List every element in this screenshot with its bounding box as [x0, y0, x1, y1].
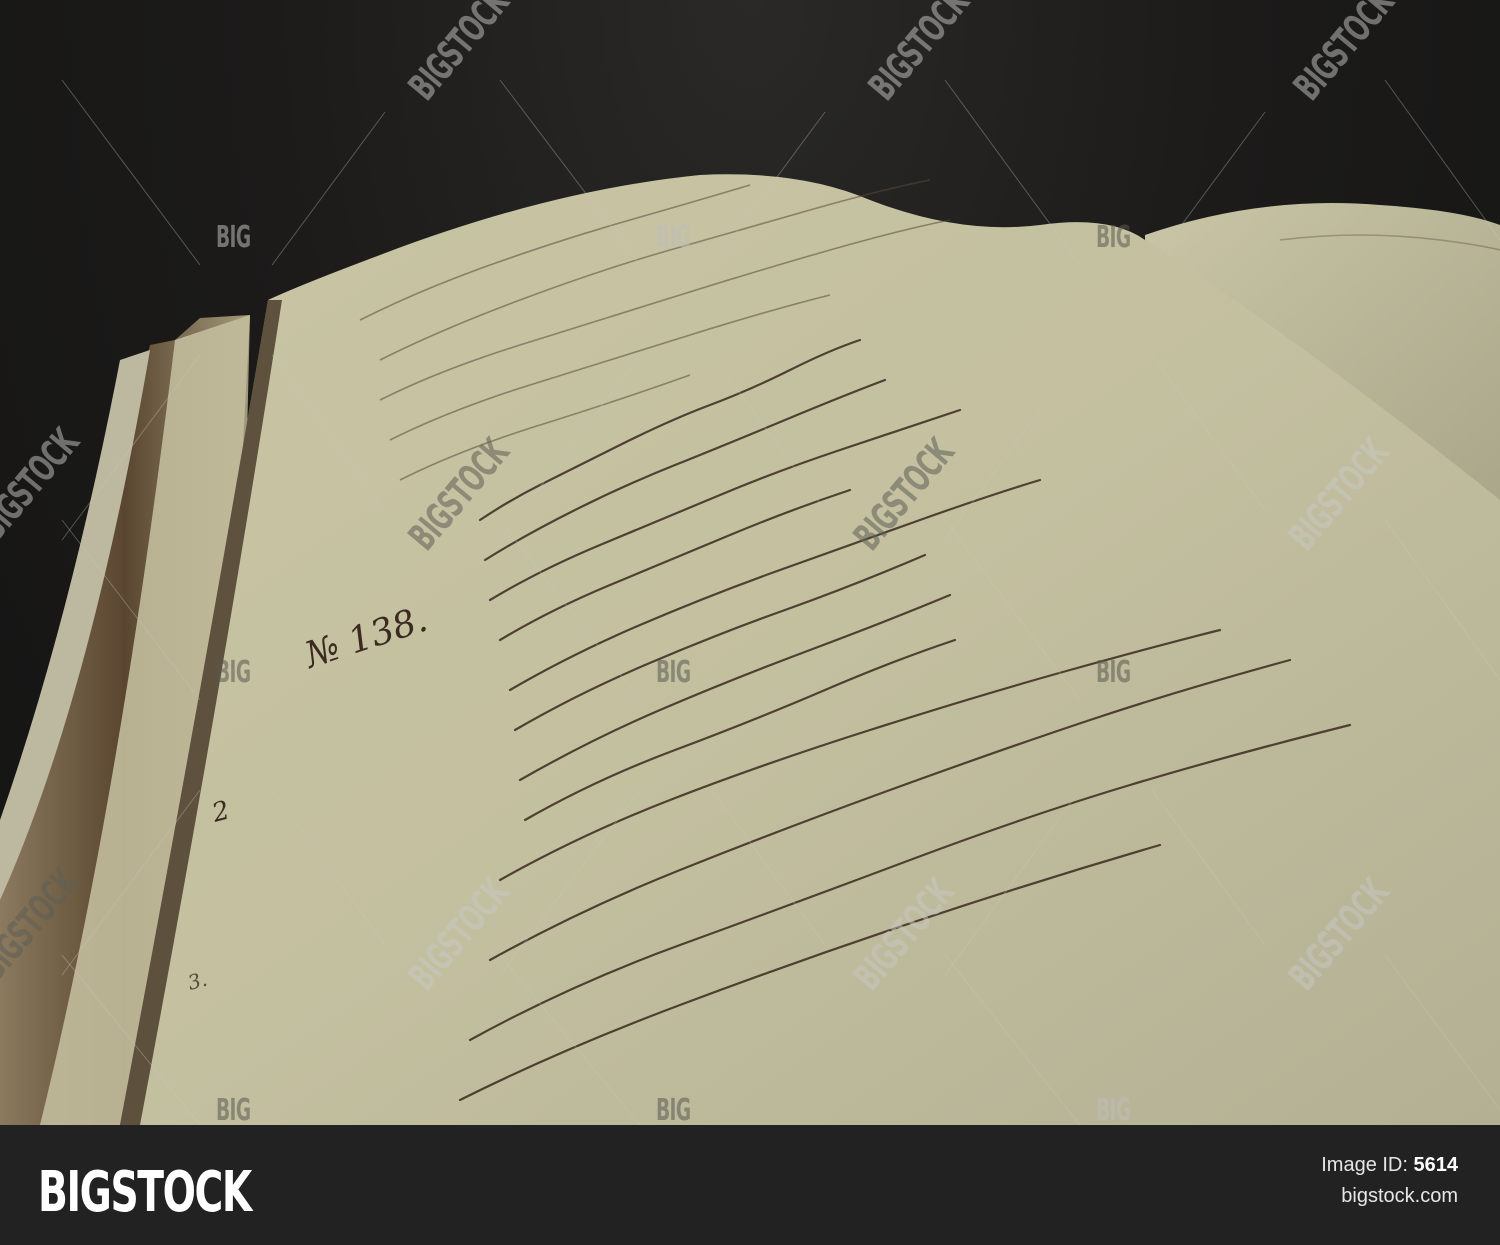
book-illustration: № 138. 2 3. [0, 0, 1500, 1125]
site-url[interactable]: bigstock.com [1321, 1181, 1458, 1212]
image-id: Image ID: 5614 [1321, 1150, 1458, 1181]
image-id-label: Image ID: [1321, 1154, 1408, 1176]
bigstock-logo: BIGSTOCK [38, 1165, 251, 1221]
stock-photo: № 138. 2 3. BIG BIG BIG BIG BIG BIG BIG … [0, 0, 1500, 1125]
footer-bar: BIGSTOCK Image ID: 5614 bigstock.com [0, 1125, 1500, 1245]
image-meta: Image ID: 5614 bigstock.com [1321, 1150, 1458, 1212]
image-id-value: 5614 [1414, 1154, 1459, 1176]
